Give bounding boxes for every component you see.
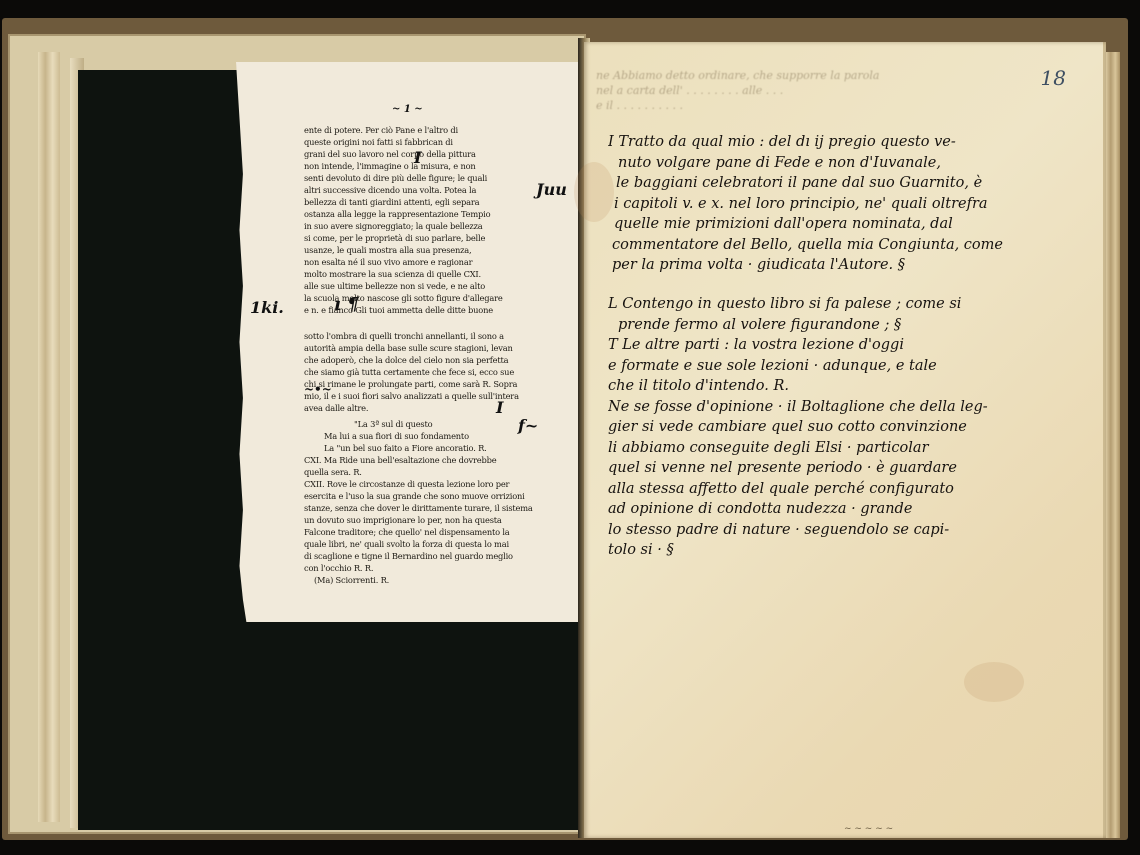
printed-slip: ~ 1 ~ I Juu 1ki. ı ¶ ~•~ I f~ ente di po…: [236, 62, 582, 622]
left-page-edges: [38, 52, 60, 822]
printed-text-block-3: "La 3ª sul di questo Ma lui a sua fiori …: [304, 418, 536, 586]
manuscript-page: 18 ne Abbiamo detto ordinare, che suppor…: [584, 42, 1106, 838]
slip-head-mark: ~ 1 ~: [392, 104, 423, 115]
bottom-edge-scrawl: ~ ~ ~ ~ ~: [844, 824, 893, 834]
right-page-edges: [1106, 52, 1120, 838]
erased-text: ne Abbiamo detto ordinare, che supporre …: [596, 68, 1026, 113]
printed-text-block-1: ente di potere. Per ciò Pane e l'altro d…: [304, 124, 536, 316]
handwritten-paragraph-2: L Contengo in questo libro si fa palese …: [608, 294, 1078, 561]
printed-text-block-2: sotto l'ombra di quelli tronchi annellan…: [304, 330, 536, 414]
right-margin-mark: Juu: [536, 180, 567, 199]
handwritten-paragraph-1: I Tratto da qual mio : del dı ij pregio …: [608, 132, 1078, 276]
folio-number: 18: [1041, 66, 1066, 90]
paper-stain: [964, 662, 1024, 702]
manuscript-volume: ~ 1 ~ I Juu 1ki. ı ¶ ~•~ I f~ ente di po…: [0, 14, 1128, 840]
left-margin-mark: 1ki.: [250, 298, 284, 317]
